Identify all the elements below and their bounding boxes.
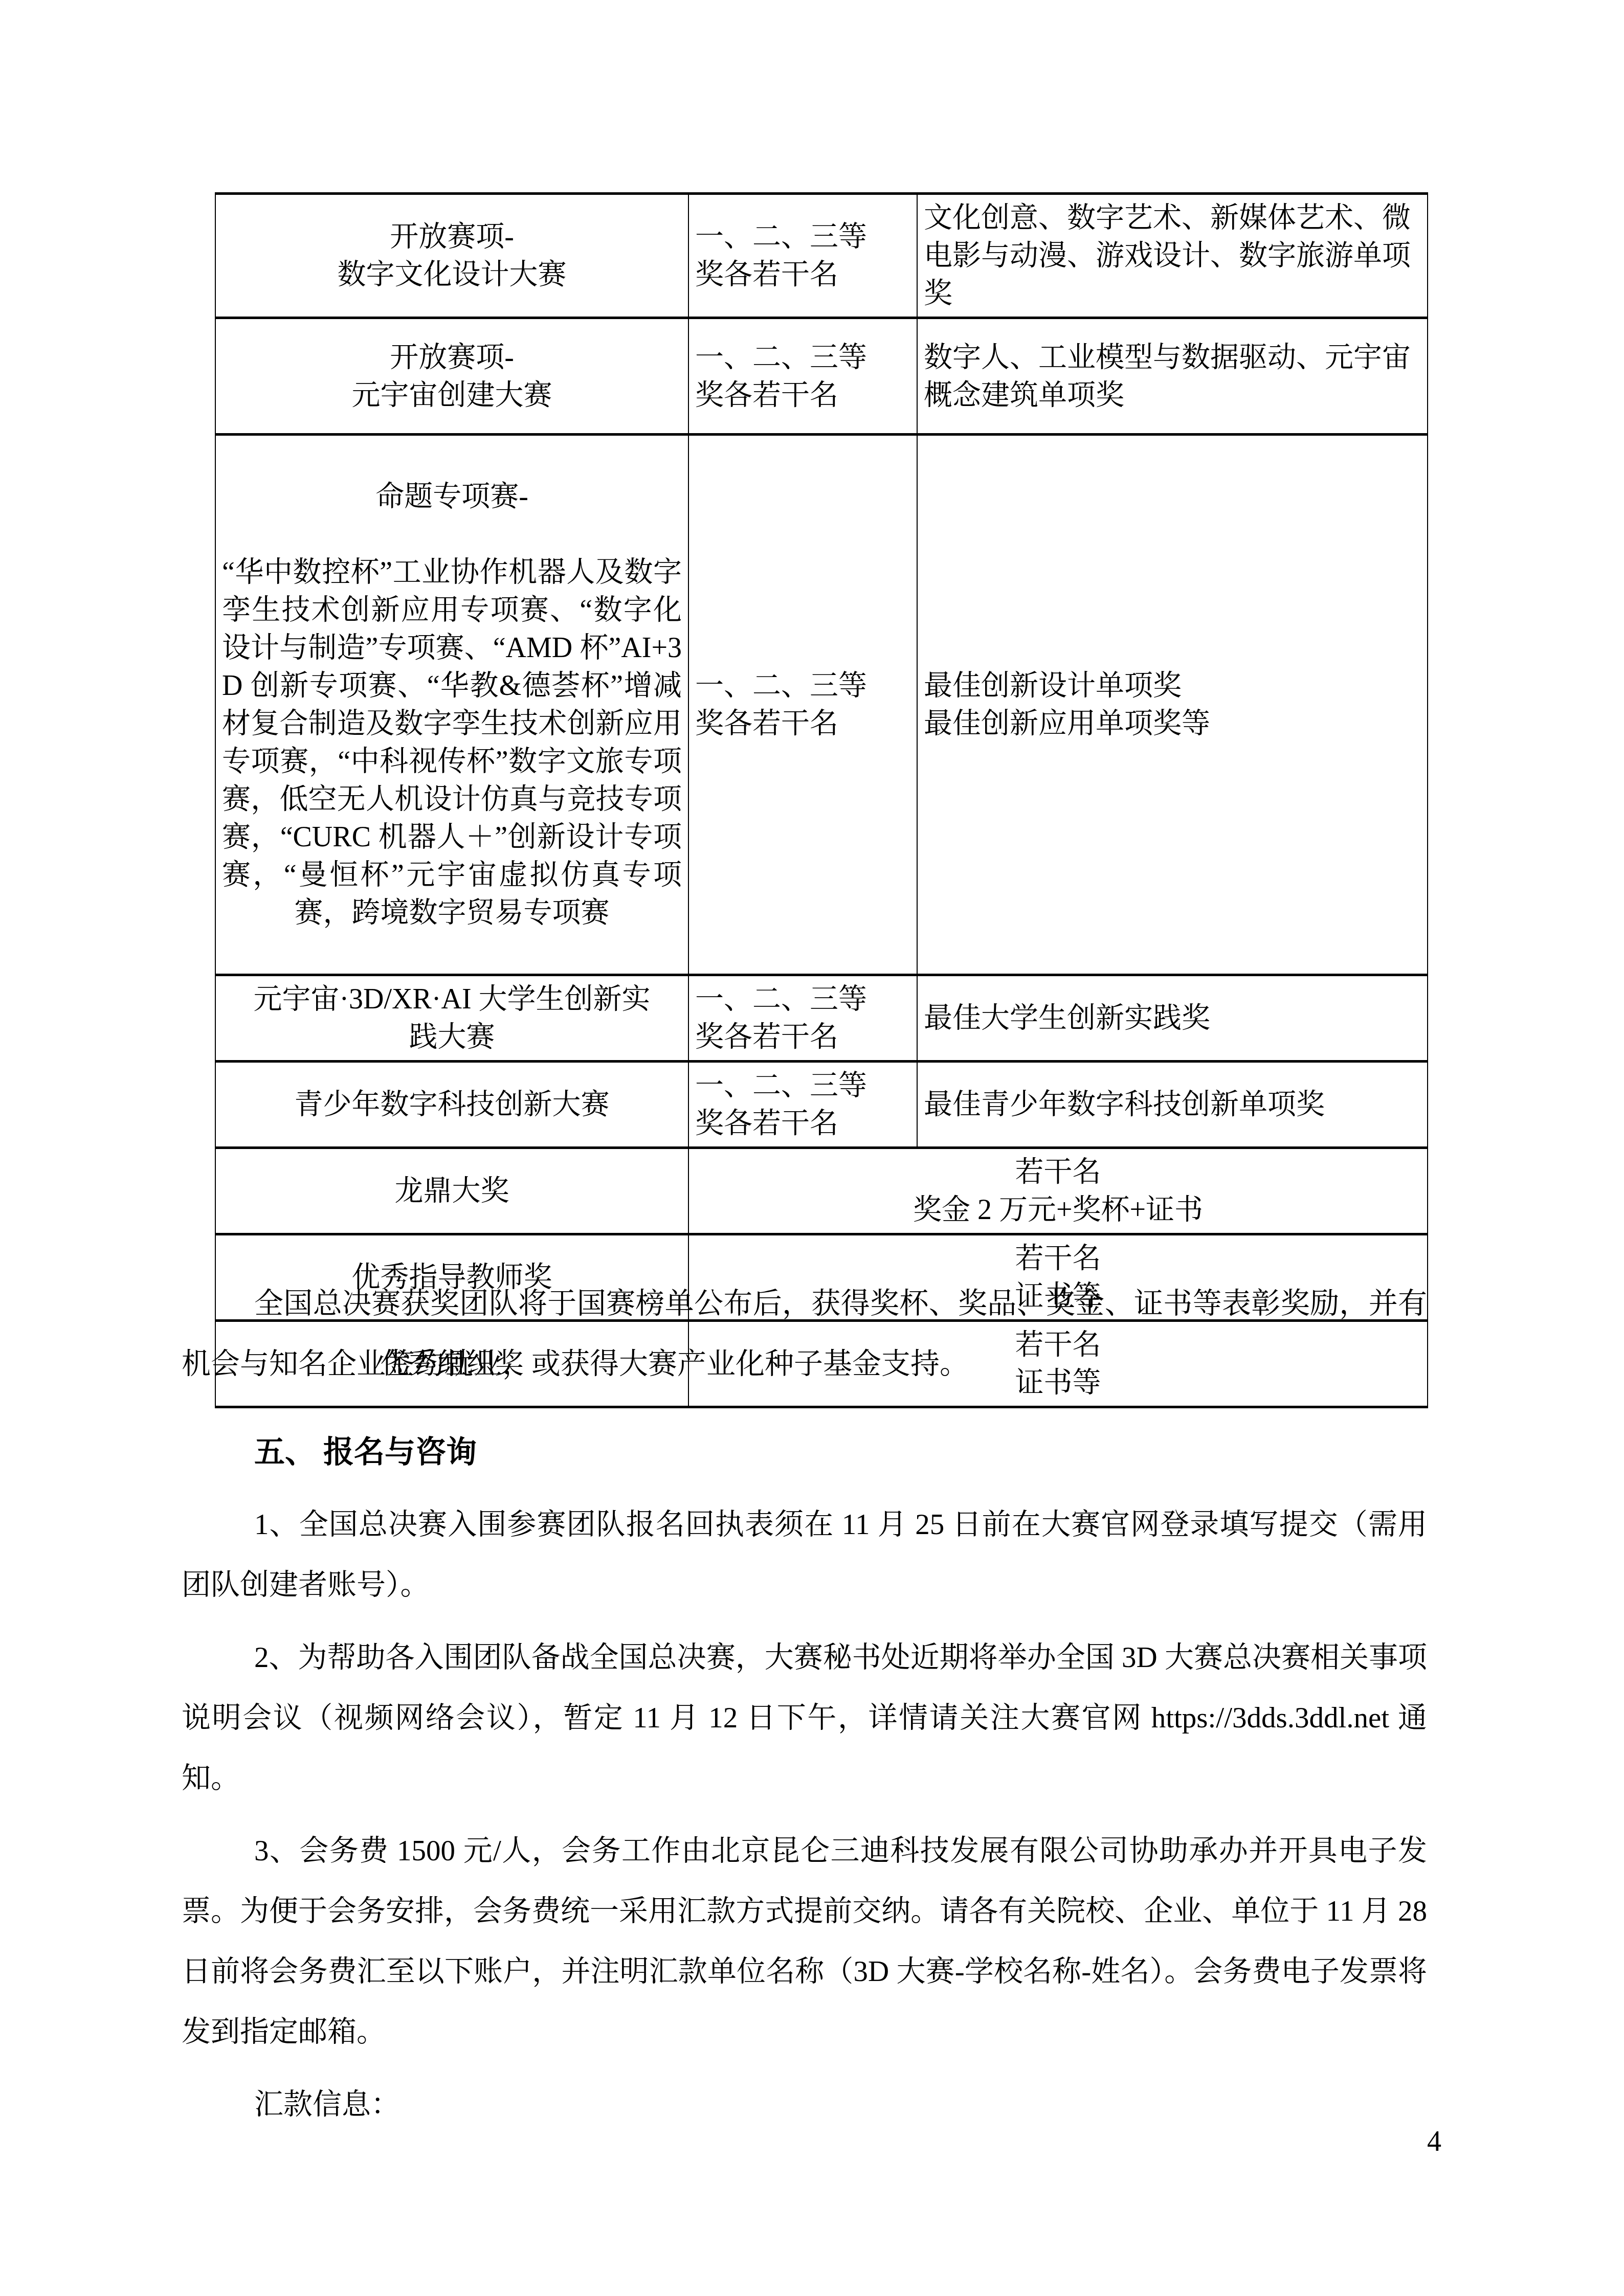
cell-category: 元宇宙·3D/XR·AI 大学生创新实 践大赛 [215, 975, 688, 1062]
cell-special-awards: 数字人、工业模型与数据驱动、元宇宙 概念建筑单项奖 [917, 318, 1428, 435]
cell-special-awards: 最佳青少年数字科技创新单项奖 [917, 1062, 1428, 1148]
document-page: 开放赛项- 数字文化设计大赛 一、二、三等 奖各若干名 文化创意、数字艺术、新媒… [0, 0, 1624, 2296]
awards-table: 开放赛项- 数字文化设计大赛 一、二、三等 奖各若干名 文化创意、数字艺术、新媒… [215, 192, 1428, 1408]
cell-awards: 一、二、三等 奖各若干名 [688, 194, 917, 318]
cell-awards: 一、二、三等 奖各若干名 [688, 318, 917, 435]
paragraph-item-1: 1、全国总决赛入围参赛团队报名回执表须在 11 月 25 日前在大赛官网登录填写… [182, 1495, 1427, 1615]
cell-special-awards: 最佳大学生创新实践奖 [917, 975, 1428, 1062]
cell-awards: 一、二、三等 奖各若干名 [688, 1062, 917, 1148]
table-row: 元宇宙·3D/XR·AI 大学生创新实 践大赛 一、二、三等 奖各若干名 最佳大… [215, 975, 1428, 1062]
table-row: 开放赛项- 数字文化设计大赛 一、二、三等 奖各若干名 文化创意、数字艺术、新媒… [215, 194, 1428, 318]
paragraph-item-2: 2、为帮助各入围团队备战全国总决赛，大赛秘书处近期将举办全国 3D 大赛总决赛相… [182, 1628, 1427, 1809]
category-body: “华中数控杯”工业协作机器人及数字孪生技术创新应用专项赛、“数字化设计与制造”专… [222, 553, 682, 932]
cell-category: 青少年数字科技创新大赛 [215, 1062, 688, 1148]
table-row: 开放赛项- 元宇宙创建大赛 一、二、三等 奖各若干名 数字人、工业模型与数据驱动… [215, 318, 1428, 435]
cell-awards: 一、二、三等 奖各若干名 [688, 435, 917, 975]
cell-special-awards: 文化创意、数字艺术、新媒体艺术、微 电影与动漫、游戏设计、数字旅游单项 奖 [917, 194, 1428, 318]
page-number: 4 [1427, 2126, 1441, 2157]
cell-awards: 一、二、三等 奖各若干名 [688, 975, 917, 1062]
official-website-url: https://3dds.3ddl.net [1151, 1702, 1390, 1734]
cell-category: 开放赛项- 数字文化设计大赛 [215, 194, 688, 318]
cell-award-merged: 若干名 奖金 2 万元+奖杯+证书 [688, 1148, 1428, 1234]
paragraph-awards-summary: 全国总决赛获奖团队将于国赛榜单公布后，获得奖杯、奖品、奖金、证书等表彰奖励，并有… [182, 1274, 1427, 1394]
cell-category: 命题专项赛- “华中数控杯”工业协作机器人及数字孪生技术创新应用专项赛、“数字化… [215, 435, 688, 975]
category-title: 命题专项赛- [222, 478, 682, 515]
section-heading: 五、 报名与咨询 [182, 1422, 1427, 1482]
paragraph-item-3: 3、会务费 1500 元/人，会务工作由北京昆仑三迪科技发展有限公司协助承办并开… [182, 1821, 1427, 2062]
cell-category: 开放赛项- 元宇宙创建大赛 [215, 318, 688, 435]
table-row: 青少年数字科技创新大赛 一、二、三等 奖各若干名 最佳青少年数字科技创新单项奖 [215, 1062, 1428, 1148]
body-text: 全国总决赛获奖团队将于国赛榜单公布后，获得奖杯、奖品、奖金、证书等表彰奖励，并有… [182, 1250, 1427, 2135]
cell-special-awards: 最佳创新设计单项奖 最佳创新应用单项奖等 [917, 435, 1428, 975]
remittance-info-label: 汇款信息： [182, 2075, 1427, 2135]
table-row: 命题专项赛- “华中数控杯”工业协作机器人及数字孪生技术创新应用专项赛、“数字化… [215, 435, 1428, 975]
cell-category: 龙鼎大奖 [215, 1148, 688, 1234]
table-row: 龙鼎大奖 若干名 奖金 2 万元+奖杯+证书 [215, 1148, 1428, 1234]
